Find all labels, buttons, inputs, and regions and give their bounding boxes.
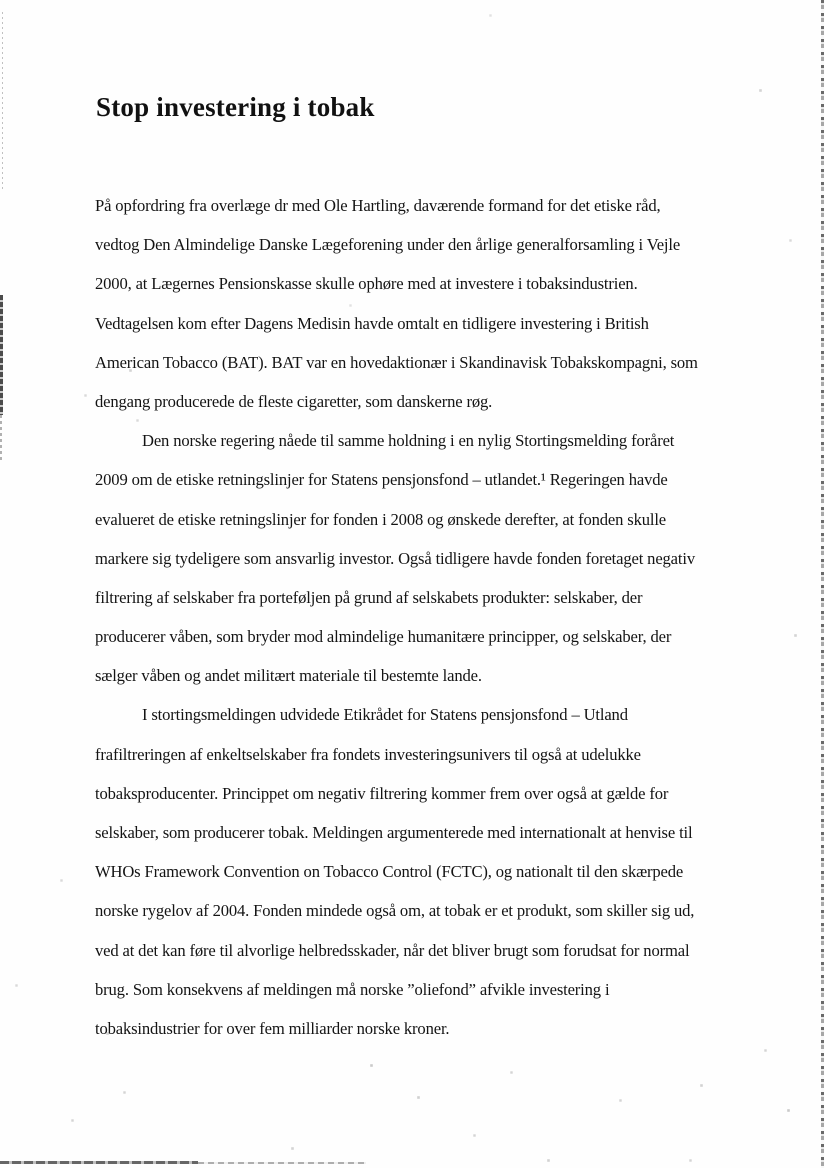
paragraph-2: Den norske regering nåede til samme hold… — [95, 421, 755, 695]
text-line: American Tobacco (BAT). BAT var en hoved… — [95, 343, 755, 382]
scan-artifact-left-tail — [0, 415, 2, 460]
text-line: Den norske regering nåede til samme hold… — [95, 421, 755, 460]
text-line: I stortingsmeldingen udvidede Etikrådet … — [95, 695, 755, 734]
text-line: tobaksproducenter. Princippet om negativ… — [95, 774, 755, 813]
text-line: 2009 om de etiske retningslinjer for Sta… — [95, 460, 755, 499]
scan-noise-speckles — [0, 0, 1, 1]
text-line: sælger våben og andet militært materiale… — [95, 656, 755, 695]
paragraph-3: I stortingsmeldingen udvidede Etikrådet … — [95, 695, 755, 1048]
text-line: På opfordring fra overlæge dr med Ole Ha… — [95, 186, 755, 225]
scan-artifact-right-edge — [821, 0, 824, 1168]
text-line: ved at det kan føre til alvorlige helbre… — [95, 931, 755, 970]
text-line: producerer våben, som bryder mod alminde… — [95, 617, 755, 656]
text-line: frafiltreringen af enkeltselskaber fra f… — [95, 735, 755, 774]
text-line: vedtog Den Almindelige Danske Lægeforeni… — [95, 225, 755, 264]
scan-artifact-left-faint-line — [2, 12, 3, 192]
document-title: Stop investering i tobak — [96, 92, 375, 123]
scan-artifact-left-dark-strip — [0, 295, 3, 415]
scanned-document-page: Stop investering i tobak På opfordring f… — [0, 0, 825, 1168]
text-line: tobaksindustrier for over fem milliarder… — [95, 1009, 755, 1048]
text-line: 2000, at Lægernes Pensionskasse skulle o… — [95, 264, 755, 303]
text-line: dengang producerede de fleste cigaretter… — [95, 382, 755, 421]
text-line: WHOs Framework Convention on Tobacco Con… — [95, 852, 755, 891]
text-line: norske rygelov af 2004. Fonden mindede o… — [95, 891, 755, 930]
text-line: brug. Som konsekvens af meldingen må nor… — [95, 970, 755, 1009]
document-body: På opfordring fra overlæge dr med Ole Ha… — [95, 186, 755, 1048]
scan-artifact-bottom-line — [0, 1161, 198, 1164]
scan-artifact-bottom-dashes — [198, 1162, 366, 1164]
text-line: Vedtagelsen kom efter Dagens Medisin hav… — [95, 304, 755, 343]
text-line: evalueret de etiske retningslinjer for f… — [95, 500, 755, 539]
text-line: markere sig tydeligere som ansvarlig inv… — [95, 539, 755, 578]
paragraph-1: På opfordring fra overlæge dr med Ole Ha… — [95, 186, 755, 421]
text-line: selskaber, som producerer tobak. Melding… — [95, 813, 755, 852]
text-line: filtrering af selskaber fra porteføljen … — [95, 578, 755, 617]
